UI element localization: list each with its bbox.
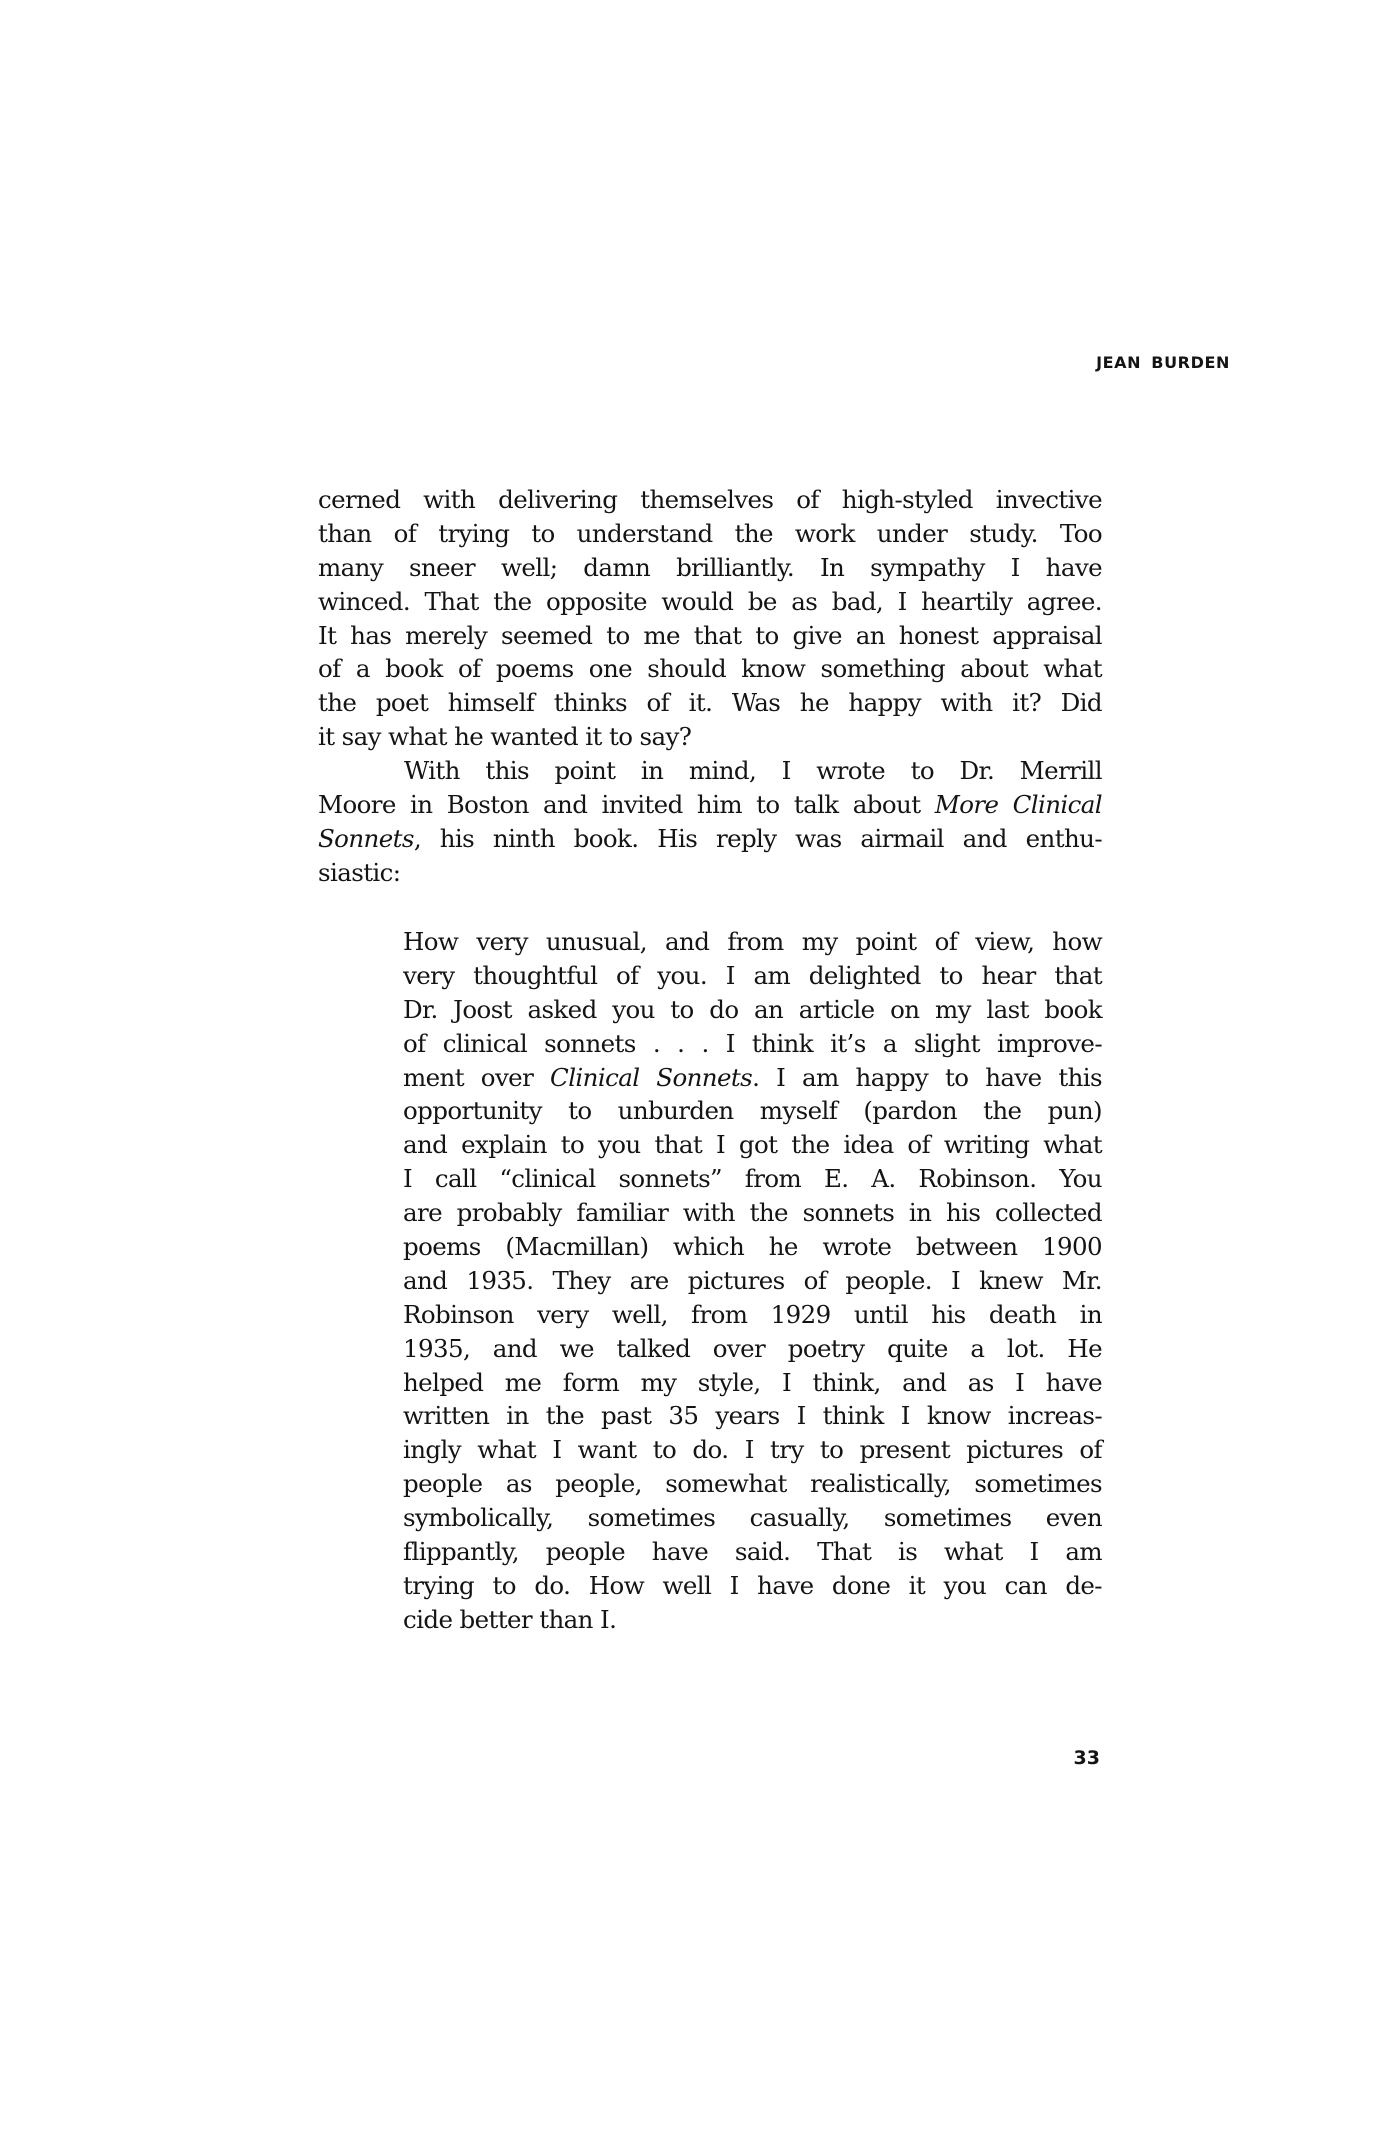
paragraph-2: With this point in mind, I wrote to Dr. … [318,754,1102,890]
quote-line: people as people, somewhat realistically… [403,1467,1102,1501]
quote-line: opportunity to unburden myself (pardon t… [403,1094,1102,1128]
text-run: . I am happy to have this [752,1063,1102,1092]
text-line: Moore in Boston and invited him to talk … [318,788,1102,822]
quote-line: cide better than I. [403,1603,1102,1637]
quote-line: 1935, and we talked over poetry quite a … [403,1332,1102,1366]
quote-line: symbolically, sometimes casually, someti… [403,1501,1102,1535]
quote-line: flippantly, people have said. That is wh… [403,1535,1102,1569]
text-line: With this point in mind, I wrote to Dr. … [318,754,1102,788]
text-line: many sneer well; damn brilliantly. In sy… [318,551,1102,585]
quote-line: I call “clinical sonnets” from E. A. Rob… [403,1162,1102,1196]
text-line: It has merely seemed to me that to give … [318,619,1102,653]
book-title-italic: More Clinical [935,790,1102,819]
body-text: cerned with delivering themselves of hig… [318,483,1102,890]
quote-line: of clinical sonnets . . . I think it’s a… [403,1027,1102,1061]
text-line: cerned with delivering themselves of hig… [318,483,1102,517]
running-head-author: JEAN BURDEN [1060,353,1230,373]
quote-line: trying to do. How well I have done it yo… [403,1569,1102,1603]
text-line: it say what he wanted it to say? [318,720,1102,754]
quote-line: ment over Clinical Sonnets. I am happy t… [403,1061,1102,1095]
quote-line: and explain to you that I got the idea o… [403,1128,1102,1162]
text-line: Sonnets, his ninth book. His reply was a… [318,822,1102,856]
quote-line: helped me form my style, I think, and as… [403,1366,1102,1400]
paragraph-1: cerned with delivering themselves of hig… [318,483,1102,754]
book-title-italic: Sonnets [318,824,414,853]
text-run: , his ninth book. His reply was airmail … [414,824,1102,853]
book-title-italic: Clinical Sonnets [550,1063,752,1092]
quote-line: How very unusual, and from my point of v… [403,925,1102,959]
quote-line: Robinson very well, from 1929 until his … [403,1298,1102,1332]
quote-line: poems (Macmillan) which he wrote between… [403,1230,1102,1264]
quote-line: written in the past 35 years I think I k… [403,1399,1102,1433]
block-quote: How very unusual, and from my point of v… [403,925,1102,1637]
text-line: winced. That the opposite would be as ba… [318,585,1102,619]
page-number: 33 [1040,1747,1100,1769]
quote-line: Dr. Joost asked you to do an article on … [403,993,1102,1027]
text-run: Moore in Boston and invited him to talk … [318,790,935,819]
text-line: siastic: [318,856,1102,890]
text-run: ment over [403,1063,550,1092]
quote-line: and 1935. They are pictures of people. I… [403,1264,1102,1298]
text-line: the poet himself thinks of it. Was he ha… [318,686,1102,720]
text-line: of a book of poems one should know somet… [318,652,1102,686]
quote-line: ingly what I want to do. I try to presen… [403,1433,1102,1467]
quote-line: very thoughtful of you. I am delighted t… [403,959,1102,993]
text-line: than of trying to understand the work un… [318,517,1102,551]
quote-line: are probably familiar with the sonnets i… [403,1196,1102,1230]
